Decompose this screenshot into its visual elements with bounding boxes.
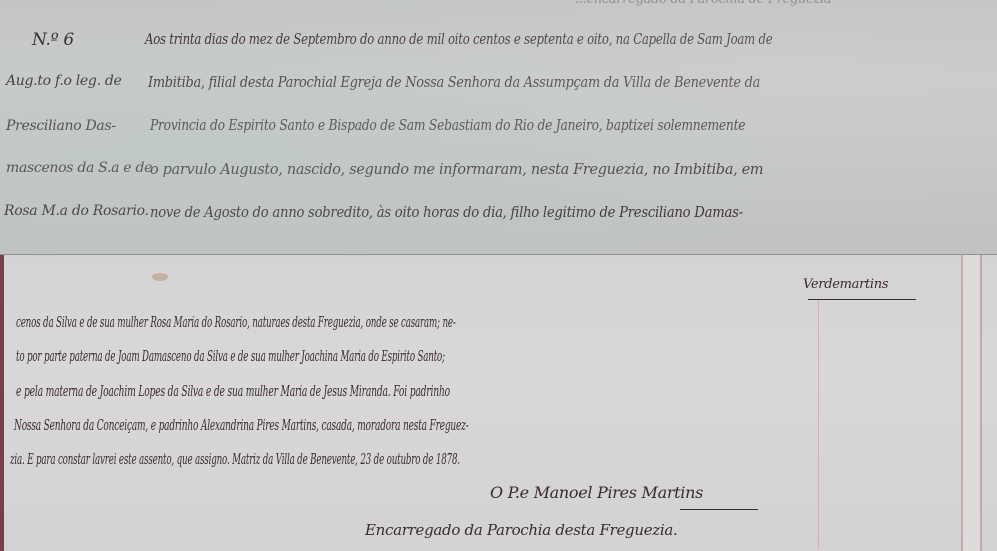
body-line-2: Imbitiba, filial desta Parochial Egreja … [148,73,760,91]
entry-number: N.º 6 [32,30,74,50]
body-line-8: e pela materna de Joachim Lopes da Silva… [16,382,450,400]
margin-note-underline [808,299,916,300]
top-fragment-text: ...encarregado da Parochia de Freguezia [575,0,831,7]
margin-rule-line [980,255,982,551]
signature-underline [680,509,758,510]
body-line-1: Aos trinta dias do mez de Septembro do a… [145,30,772,48]
margin-note-line-2: Presciliano Das- [6,118,116,134]
margin-note-line-1: Aug.to f.o leg. de [6,73,122,89]
body-line-5: nove de Agosto do anno sobredito, às oit… [150,203,743,221]
margin-note-line-3: mascenos da S.a e de [6,160,152,176]
right-margin-note: Verdemartins [803,277,888,292]
body-line-9: Nossa Senhora da Conceiçam, e padrinho A… [14,416,469,434]
body-line-6: cenos da Silva e de sua mulher Rosa Mari… [16,313,456,331]
priest-signature: O P.e Manoel Pires Martins [490,483,703,502]
page-strip-top: ...encarregado da Parochia de Freguezia … [0,0,997,254]
margin-rule-line [961,255,963,551]
body-line-3: Provincia do Espirito Santo e Bispado de… [150,116,745,134]
body-line-4: o parvulo Augusto, nascido, segundo me i… [150,160,763,178]
signature-title: Encarregado da Parochia desta Freguezia. [365,521,678,539]
paper-stain [152,273,168,281]
body-line-10: zia. E para constar lavrei este assento,… [10,450,460,468]
page-binding-edge [0,255,4,551]
page-margin-panel [963,255,980,551]
page-strip-bottom: Verdemartins cenos da Silva e de sua mul… [0,254,997,551]
body-line-7: to por parte paterna de Joam Damasceno d… [16,347,445,365]
margin-note-line-4: Rosa M.a do Rosario. [4,203,149,219]
text-box-rule [818,300,819,550]
